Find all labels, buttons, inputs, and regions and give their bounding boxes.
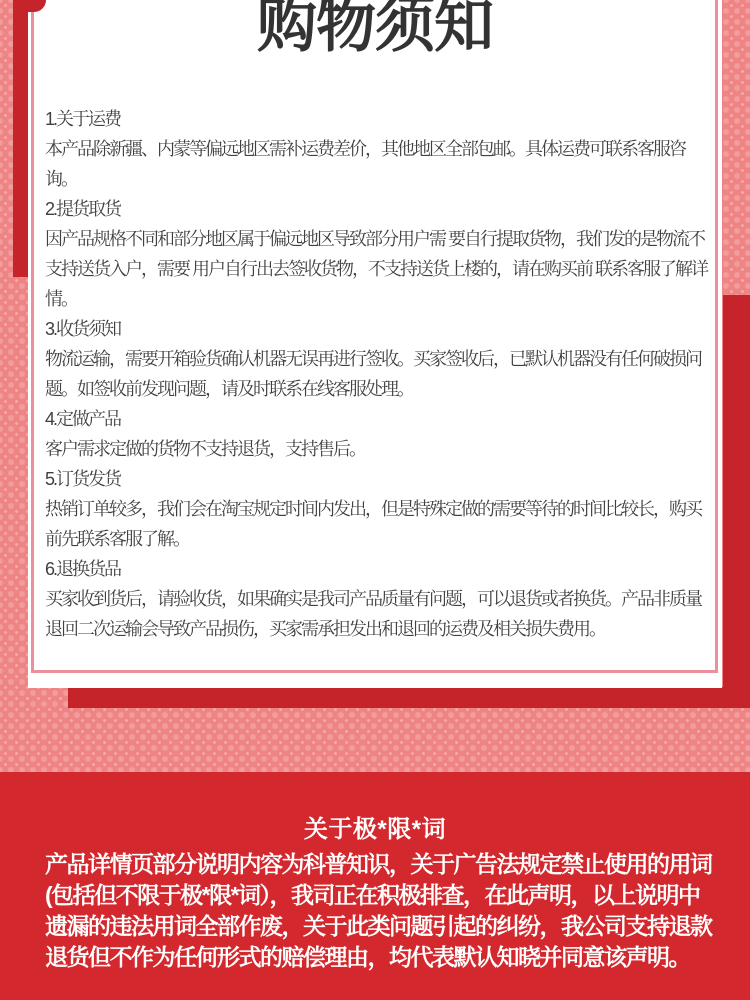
notice-section-receiving: 3.收货须知 物流运输，需要开箱验货确认机器无误再进行签收。买家签收后，已默认机… [45, 314, 712, 404]
left-accent-bar [13, 0, 28, 277]
section-heading: 6.退换货品 [45, 554, 712, 584]
section-heading: 3.收货须知 [45, 314, 712, 344]
section-heading: 5.订货发货 [45, 464, 712, 494]
section-body: 热销订单较多，我们会在淘宝规定时间内发出，但是特殊定做的需要等待的时间比较长，购… [45, 494, 712, 554]
section-heading: 4.定做产品 [45, 404, 712, 434]
disclaimer-title: 关于极*限*词 [0, 809, 750, 844]
section-heading: 2.提货取货 [45, 194, 712, 224]
section-body: 物流运输，需要开箱验货确认机器无误再进行签收。买家签收后，已默认机器没有任何破损… [45, 344, 712, 404]
disclaimer-body: 产品详情页部分说明内容为科普知识，关于广告法规定禁止使用的用词 (包括但不限于极… [0, 849, 750, 973]
right-accent-bar [723, 295, 750, 705]
page: 购物须知 1.关于运费 本产品除新疆、内蒙等偏远地区需补运费差价，其他地区全部包… [0, 0, 750, 1000]
section-body: 因产品规格不同和部分地区属于偏远地区导致部分用户需 要自行提取货物，我们发的是物… [45, 224, 712, 314]
notice-section-custom-products: 4.定做产品 客户需求定做的货物不支持退货，支持售后。 [45, 404, 712, 464]
section-body: 客户需求定做的货物不支持退货，支持售后。 [45, 434, 712, 464]
disclaimer-line: 遗漏的违法用词全部作废，关于此类问题引起的纠纷，我公司支持退款 [45, 911, 750, 942]
section-body: 本产品除新疆、内蒙等偏远地区需补运费差价，其他地区全部包邮。具体运费可联系客服咨… [45, 134, 712, 194]
section-heading: 1.关于运费 [45, 104, 712, 134]
notice-card: 购物须知 1.关于运费 本产品除新疆、内蒙等偏远地区需补运费差价，其他地区全部包… [28, 0, 722, 688]
notice-title: 购物须知 [28, 0, 722, 64]
section-body: 买家收到货后，请验收货，如果确实是我司产品质量有问题，可以退货或者换货。产品非质… [45, 584, 712, 644]
notice-section-returns: 6.退换货品 买家收到货后，请验收货，如果确实是我司产品质量有问题，可以退货或者… [45, 554, 712, 644]
notice-content: 1.关于运费 本产品除新疆、内蒙等偏远地区需补运费差价，其他地区全部包邮。具体运… [45, 104, 712, 644]
disclaimer-line: 产品详情页部分说明内容为科普知识，关于广告法规定禁止使用的用词 [45, 849, 750, 880]
disclaimer-section: 关于极*限*词 产品详情页部分说明内容为科普知识，关于广告法规定禁止使用的用词 … [0, 772, 750, 1000]
notice-section-pickup: 2.提货取货 因产品规格不同和部分地区属于偏远地区导致部分用户需 要自行提取货物… [45, 194, 712, 314]
card-shadow-strip [68, 687, 750, 708]
disclaimer-line: (包括但不限于极*限*词），我司正在积极排查，在此声明，以上说明中 [45, 880, 750, 911]
disclaimer-line: 退货但不作为任何形式的赔偿理由，均代表默认知晓并同意该声明。 [45, 942, 750, 973]
notice-section-shipping-fee: 1.关于运费 本产品除新疆、内蒙等偏远地区需补运费差价，其他地区全部包邮。具体运… [45, 104, 712, 194]
notice-section-order-dispatch: 5.订货发货 热销订单较多，我们会在淘宝规定时间内发出，但是特殊定做的需要等待的… [45, 464, 712, 554]
